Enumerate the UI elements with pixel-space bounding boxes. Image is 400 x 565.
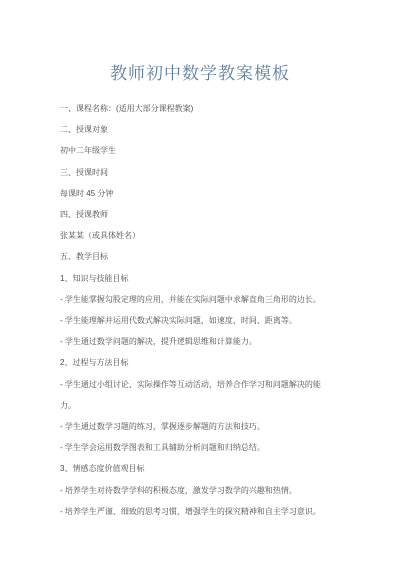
- paragraph-time-value: 每课时 45 分钟: [60, 183, 326, 204]
- paragraph-audience-value: 初中二年级学生: [60, 140, 326, 161]
- bullet-attitude-goal-1: - 培养学生对待数学学科的积极态度，激发学习数学的兴趣和热情。: [60, 480, 326, 501]
- bullet-process-goal-1: - 学生通过小组讨论、实际操作等互动活动，培养合作学习和问题解决的能力。: [60, 374, 326, 416]
- section-heading-audience: 二、授课对象: [60, 119, 326, 140]
- bullet-knowledge-goal-2: - 学生能理解并运用代数式解决实际问题，如速度、时间、距离等。: [60, 310, 326, 331]
- section-heading-teacher: 四、授课教师: [60, 204, 326, 225]
- bullet-process-goal-3: - 学生学会运用数学图表和工具辅助分析问题和归纳总结。: [60, 437, 326, 458]
- paragraph-teacher-value: 张某某（或具体姓名）: [60, 225, 326, 246]
- section-heading-time: 三、授课时间: [60, 162, 326, 183]
- bullet-knowledge-goal-1: - 学生能掌握勾股定理的应用，并能在实际问题中求解直角三角形的边长。: [60, 289, 326, 310]
- paragraph-course-name: 一、课程名称：(适用大部分课程教案): [60, 98, 326, 119]
- bullet-process-goal-2: - 学生通过数学习题的练习，掌握逐步解题的方法和技巧。: [60, 416, 326, 437]
- subheading-process-goals: 2、过程与方法目标: [60, 352, 326, 373]
- document-page: 教师初中数学教案模板 一、课程名称：(适用大部分课程教案) 二、授课对象 初中二…: [0, 0, 400, 565]
- bullet-attitude-goal-2: - 培养学生严谨、细致的思考习惯，增强学生的探究精神和自主学习意识。: [60, 501, 326, 522]
- document-body: 一、课程名称：(适用大部分课程教案) 二、授课对象 初中二年级学生 三、授课时间…: [60, 98, 326, 522]
- subheading-attitude-goals: 3、情感态度价值观目标: [60, 458, 326, 479]
- bullet-knowledge-goal-3: - 学生通过数学问题的解决，提升逻辑思维和计算能力。: [60, 331, 326, 352]
- section-heading-goals: 五、教学目标: [60, 246, 326, 267]
- page-title: 教师初中数学教案模板: [0, 60, 400, 88]
- subheading-knowledge-goals: 1、知识与技能目标: [60, 268, 326, 289]
